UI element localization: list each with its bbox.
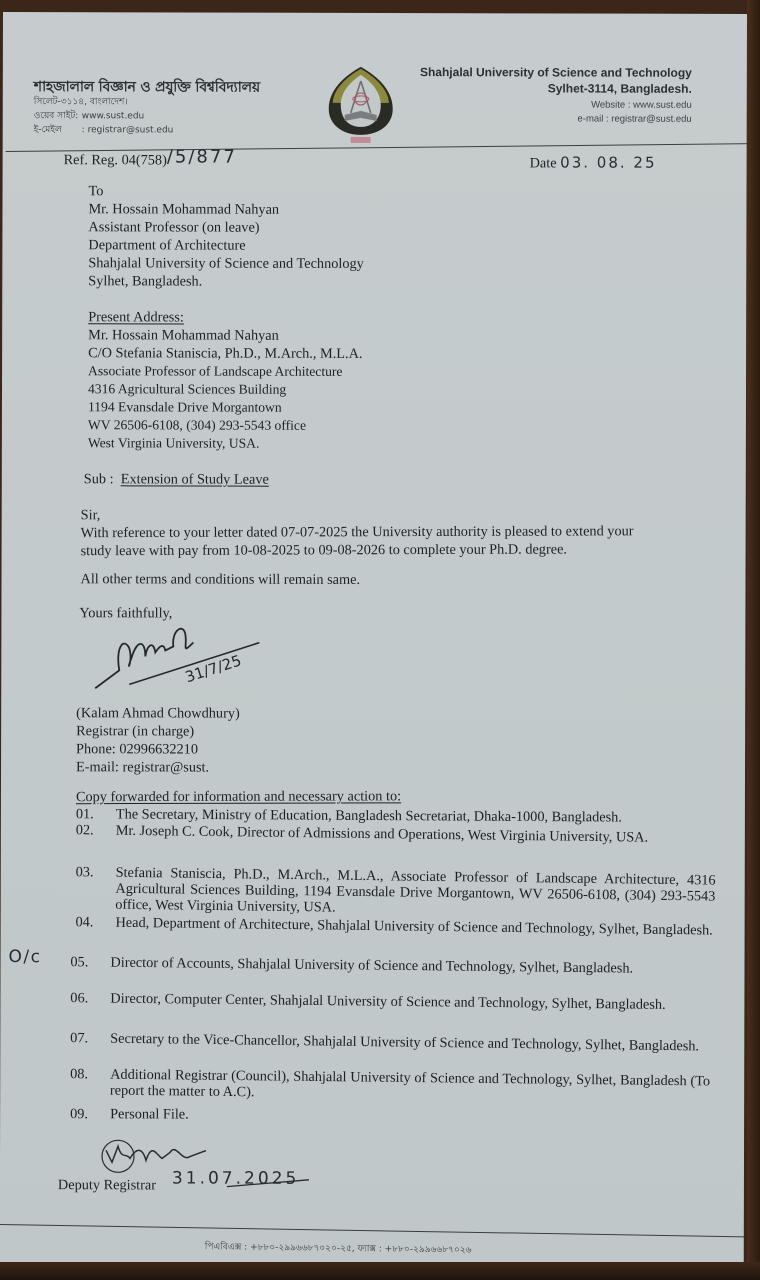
bangla-email: : registrar@sust.edu [82, 125, 174, 135]
recipient-line: Shahjalal University of Science and Tech… [88, 254, 364, 273]
english-email: e-mail : registrar@sust.edu [578, 114, 692, 125]
present-address-line: C/O Stefania Staniscia, Ph.D., M.Arch., … [88, 344, 362, 363]
date-underline-icon [225, 1177, 315, 1191]
recipient-line: Sylhet, Bangladesh. [88, 272, 202, 290]
registrar-phone: Phone: 02996632210 [76, 740, 198, 758]
subject-line: Sub : Extension of Study Leave [84, 470, 269, 488]
bangla-website: www.sust.edu [82, 111, 145, 121]
copy-forwarded-item: 08.Additional Registrar (Council), Shahj… [70, 1066, 710, 1073]
university-crest-icon [321, 63, 401, 145]
copy-item-text: Stefania Staniscia, Ph.D., M.Arch., M.L.… [115, 865, 716, 921]
closing-note: All other terms and conditions will rema… [80, 570, 360, 589]
copy-forwarded-item: 06.Director, Computer Center, Shahjalal … [70, 990, 710, 997]
bangla-address: সিলেট-৩১১৪, বাংলাদেশ। [34, 94, 128, 109]
present-address-line: Mr. Hossain Mohammad Nahyan [88, 326, 279, 344]
margin-note: O/c [8, 947, 41, 967]
present-address-line: Associate Professor of Landscape Archite… [88, 362, 342, 381]
present-address-line: WV 26506-6108, (304) 293-5543 office [88, 416, 306, 435]
copy-forwarded-heading: Copy forwarded for information and neces… [76, 787, 401, 806]
present-address-line: West Virginia University, USA. [88, 434, 260, 452]
recipient-line: Assistant Professor (on leave) [88, 218, 259, 236]
copy-item-number: 09. [70, 1106, 106, 1122]
copy-item-number: 03. [76, 864, 112, 880]
english-university-name: Shahjalal University of Science and Tech… [420, 65, 692, 80]
date-label: Date [530, 155, 557, 171]
salutation: Sir, [81, 506, 101, 524]
recipient-line: Mr. Hossain Mohammad Nahyan [88, 200, 279, 218]
registrar-designation: Registrar (in charge) [76, 722, 194, 740]
registrar-signature-icon: 31/7/25 [89, 618, 269, 698]
reference-printed: Ref. Reg. 04(758) [64, 152, 167, 168]
deputy-designation: Deputy Registrar [58, 1176, 156, 1194]
copy-forwarded-item: 05.Director of Accounts, Shahjalal Unive… [71, 954, 711, 961]
date-handwritten: 03. 08. 25 [560, 153, 656, 171]
desk-surface-bottom [0, 1262, 760, 1280]
copy-forwarded-item: 01.The Secretary, Ministry of Education,… [76, 806, 716, 810]
copy-item-number: 01. [76, 806, 112, 822]
copy-item-number: 04. [75, 914, 111, 930]
present-address-heading: Present Address: [88, 308, 184, 326]
present-address-line: 1194 Evansdale Drive Morgantown [88, 398, 282, 417]
copy-item-number: 05. [70, 954, 106, 970]
reference-number: Ref. Reg. 04(758)/5/877 [64, 150, 237, 169]
registrar-email: E-mail: registrar@sust. [76, 758, 209, 776]
copy-item-number: 08. [70, 1066, 106, 1082]
body-paragraph-line: With reference to your letter dated 07-0… [81, 522, 634, 542]
reference-handwritten: /5/877 [167, 146, 237, 167]
copy-forwarded-item: 07.Secretary to the Vice-Chancellor, Sha… [70, 1030, 710, 1038]
copy-item-text: Secretary to the Vice-Chancellor, Shahja… [110, 1031, 710, 1055]
letter-paper: শাহজালাল বিজ্ঞান ও প্রযুক্তি বিশ্ববিদ্যা… [0, 12, 747, 1268]
copy-forwarded-item: 09.Personal File. [70, 1106, 710, 1108]
subject-text: Extension of Study Leave [121, 471, 269, 487]
bangla-website-label: ওয়েব সাইট: [34, 108, 82, 123]
subject-label: Sub : [84, 471, 114, 487]
copy-item-text: Director of Accounts, Shahjalal Universi… [110, 955, 710, 978]
english-address: Sylhet-3114, Bangladesh. [548, 81, 692, 95]
present-address-line: 4316 Agricultural Sciences Building [88, 380, 286, 399]
recipient-line: Department of Architecture [88, 236, 245, 254]
copy-forwarded-item: 03.Stefania Staniscia, Ph.D., M.Arch., M… [76, 864, 716, 872]
bangla-email-line: ই-মেইল: registrar@sust.edu [34, 122, 174, 137]
copy-item-text: Mr. Joseph C. Cook, Director of Admissio… [116, 823, 716, 847]
desk-surface-right [747, 0, 760, 1280]
english-website: Website : www.sust.edu [591, 100, 692, 111]
copy-item-text: Additional Registrar (Council), Shahjala… [110, 1067, 710, 1106]
bangla-website-line: ওয়েব সাইট:www.sust.edu [34, 108, 145, 123]
registrar-name: (Kalam Ahmad Chowdhury) [76, 704, 240, 722]
body-paragraph-line: study leave with pay from 10-08-2025 to … [81, 541, 567, 561]
letter-date: Date 03. 08. 25 [530, 153, 657, 172]
bangla-email-label: ই-মেইল [34, 122, 82, 137]
copy-item-number: 06. [70, 990, 106, 1006]
copy-item-text: Personal File. [110, 1106, 710, 1124]
to-label: To [89, 182, 104, 200]
copy-item-text: Director, Computer Center, Shahjalal Uni… [110, 991, 710, 1014]
footer-divider [0, 1224, 745, 1237]
copy-item-number: 07. [70, 1030, 106, 1046]
copy-forwarded-list: 01.The Secretary, Ministry of Education,… [3, 12, 747, 14]
footer-contact: পিএবিএক্স : +৮৮০-২৯৯৬৬৮৭০২০-২৫, ফ্যাক্স … [205, 1239, 472, 1257]
copy-item-number: 02. [76, 822, 112, 838]
